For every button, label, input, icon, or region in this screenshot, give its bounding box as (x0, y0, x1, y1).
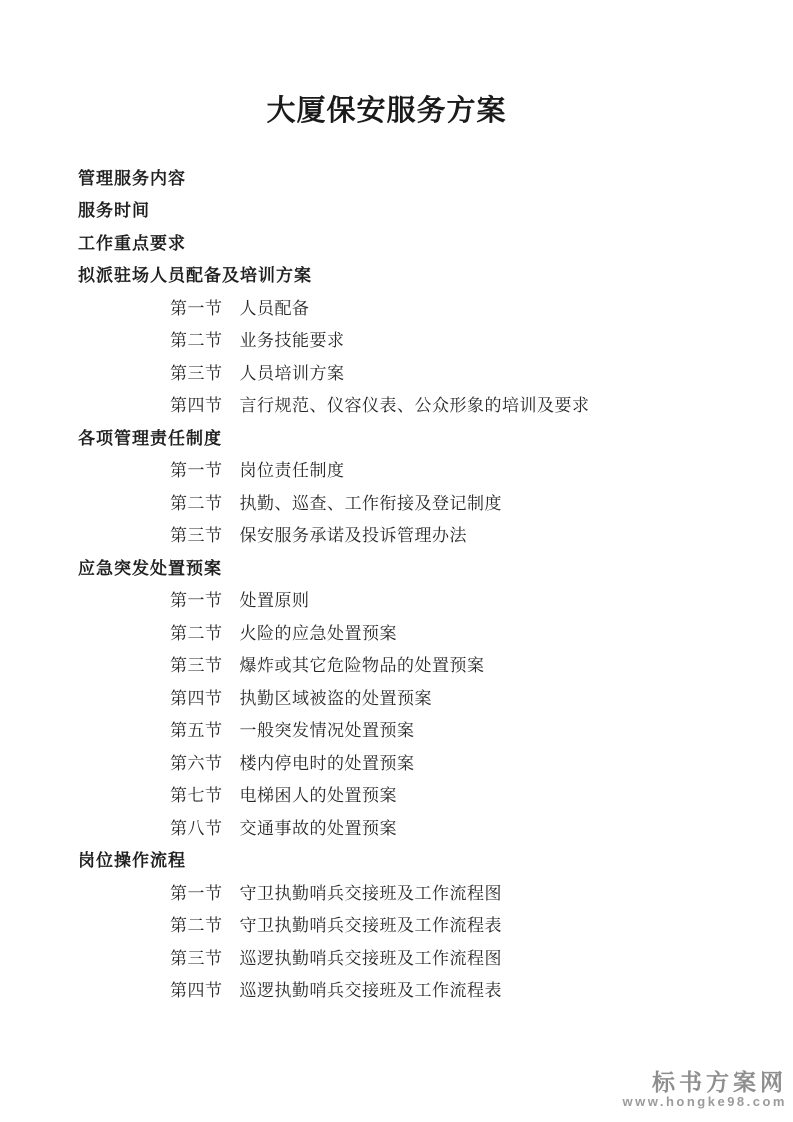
toc-subsection-item: 第二节 火险的应急处置预案 (0, 615, 793, 648)
toc: 管理服务内容服务时间工作重点要求拟派驻场人员配备及培训方案 第一节 人员配备 第… (0, 160, 793, 1005)
toc-section-heading: 工作重点要求 (0, 225, 793, 258)
watermark-url: www.hongke98.com (623, 1094, 788, 1110)
toc-subsection-item: 第三节 人员培训方案 (0, 355, 793, 388)
section-title-text: 执勤、巡查、工作衔接及登记制度 (240, 489, 503, 514)
toc-subsection-item: 第四节 巡逻执勤哨兵交接班及工作流程表 (0, 973, 793, 1006)
section-number: 第六节 (170, 749, 223, 774)
toc-subsection-item: 第八节 交通事故的处置预案 (0, 810, 793, 843)
section-title-text: 言行规范、仪容仪表、公众形象的培训及要求 (240, 391, 590, 416)
toc-subsection-item: 第一节 人员配备 (0, 290, 793, 323)
section-title-text: 一般突发情况处置预案 (240, 716, 415, 741)
section-number: 第三节 (170, 651, 223, 676)
section-title-text: 人员配备 (240, 294, 310, 319)
section-number: 第二节 (170, 489, 223, 514)
toc-section-heading: 应急突发处置预案 (0, 550, 793, 583)
toc-subsection-item: 第四节 执勤区域被盗的处置预案 (0, 680, 793, 713)
section-title-text: 保安服务承诺及投诉管理办法 (240, 521, 468, 546)
toc-subsection-item: 第一节 处置原则 (0, 583, 793, 616)
toc-subsection-item: 第三节 爆炸或其它危险物品的处置预案 (0, 648, 793, 681)
page-title: 大厦保安服务方案 (0, 88, 773, 129)
section-number: 第一节 (170, 456, 223, 481)
section-number: 第一节 (170, 879, 223, 904)
section-title-text: 守卫执勤哨兵交接班及工作流程图 (240, 879, 503, 904)
toc-subsection-item: 第三节 巡逻执勤哨兵交接班及工作流程图 (0, 940, 793, 973)
document-page: 大厦保安服务方案 管理服务内容服务时间工作重点要求拟派驻场人员配备及培训方案 第… (0, 0, 793, 1122)
toc-section-heading: 管理服务内容 (0, 160, 793, 193)
toc-subsection-item: 第二节 执勤、巡查、工作衔接及登记制度 (0, 485, 793, 518)
toc-subsection-item: 第一节 岗位责任制度 (0, 453, 793, 486)
section-number: 第八节 (170, 814, 223, 839)
section-number: 第七节 (170, 781, 223, 806)
toc-section-heading: 服务时间 (0, 193, 793, 226)
section-title-text: 岗位责任制度 (240, 456, 345, 481)
section-title-text: 爆炸或其它危险物品的处置预案 (240, 651, 485, 676)
section-number: 第三节 (170, 944, 223, 969)
toc-subsection-item: 第五节 一般突发情况处置预案 (0, 713, 793, 746)
section-number: 第一节 (170, 586, 223, 611)
toc-section-heading: 岗位操作流程 (0, 843, 793, 876)
section-number: 第一节 (170, 294, 223, 319)
section-title-text: 处置原则 (240, 586, 310, 611)
section-number: 第四节 (170, 976, 223, 1001)
toc-subsection-item: 第七节 电梯困人的处置预案 (0, 778, 793, 811)
section-title-text: 火险的应急处置预案 (240, 619, 398, 644)
section-number: 第三节 (170, 521, 223, 546)
section-title-text: 业务技能要求 (240, 326, 345, 351)
section-title-text: 人员培训方案 (240, 359, 345, 384)
section-title-text: 巡逻执勤哨兵交接班及工作流程图 (240, 944, 503, 969)
toc-subsection-item: 第一节 守卫执勤哨兵交接班及工作流程图 (0, 875, 793, 908)
toc-section-heading: 各项管理责任制度 (0, 420, 793, 453)
section-number: 第二节 (170, 619, 223, 644)
section-title-text: 交通事故的处置预案 (240, 814, 398, 839)
toc-subsection-item: 第三节 保安服务承诺及投诉管理办法 (0, 518, 793, 551)
toc-section-heading: 拟派驻场人员配备及培训方案 (0, 258, 793, 291)
section-number: 第二节 (170, 326, 223, 351)
section-title-text: 电梯困人的处置预案 (240, 781, 398, 806)
section-number: 第三节 (170, 359, 223, 384)
section-title-text: 执勤区域被盗的处置预案 (240, 684, 433, 709)
watermark-site-name: 标书方案网 (623, 1070, 788, 1094)
section-number: 第四节 (170, 684, 223, 709)
watermark: 标书方案网 www.hongke98.com (623, 1070, 788, 1110)
section-number: 第二节 (170, 911, 223, 936)
section-title-text: 巡逻执勤哨兵交接班及工作流程表 (240, 976, 503, 1001)
toc-subsection-item: 第二节 守卫执勤哨兵交接班及工作流程表 (0, 908, 793, 941)
section-title-text: 守卫执勤哨兵交接班及工作流程表 (240, 911, 503, 936)
section-number: 第四节 (170, 391, 223, 416)
toc-subsection-item: 第六节 楼内停电时的处置预案 (0, 745, 793, 778)
toc-subsection-item: 第二节 业务技能要求 (0, 323, 793, 356)
section-title-text: 楼内停电时的处置预案 (240, 749, 415, 774)
section-number: 第五节 (170, 716, 223, 741)
toc-subsection-item: 第四节 言行规范、仪容仪表、公众形象的培训及要求 (0, 388, 793, 421)
